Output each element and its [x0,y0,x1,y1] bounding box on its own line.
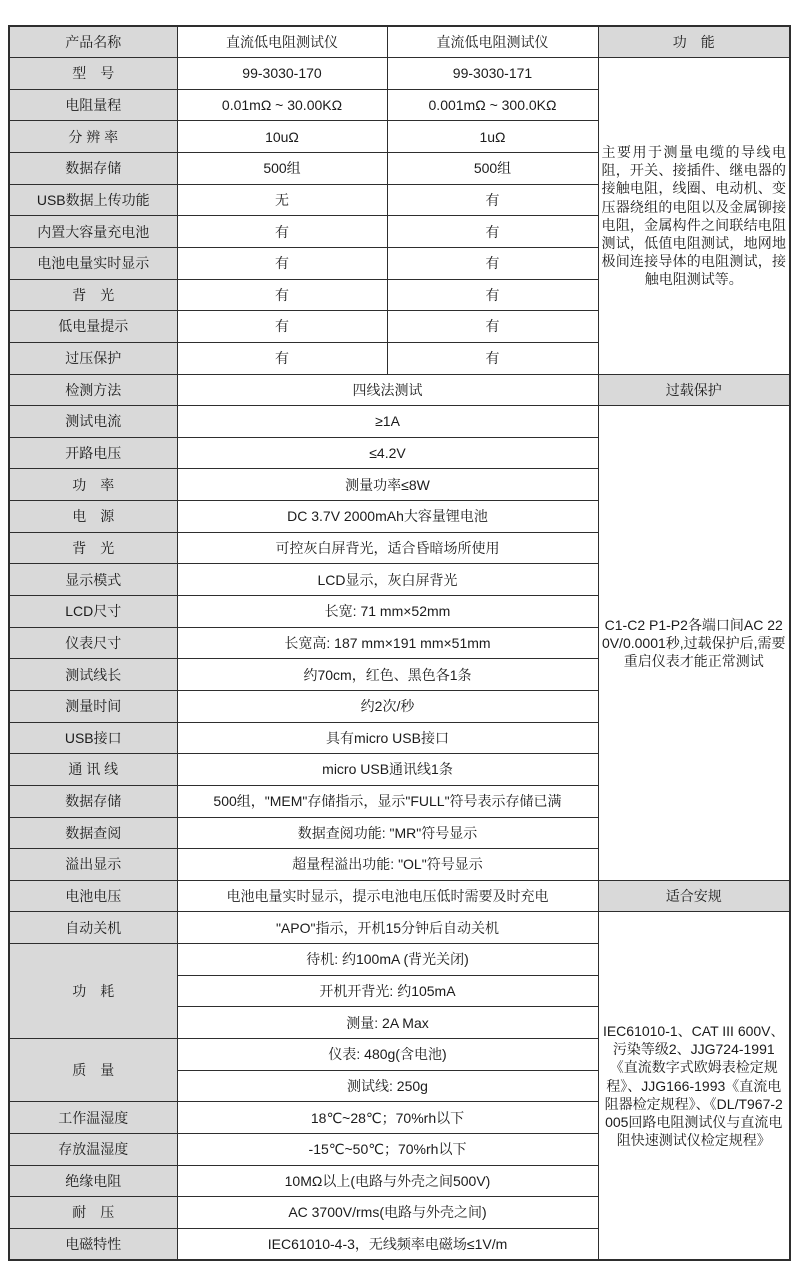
spec-label-overflow-display: 溢出显示 [9,849,177,881]
spec-value: 待机: 约100mA (背光关闭) [177,944,598,976]
spec-value-model2: 有 [387,184,598,216]
table-row: 型 号 99-3030-170 99-3030-171 主要用于测量电缆的导线电… [9,58,790,90]
spec-value-model2: 99-3030-171 [387,58,598,90]
spec-value: 可控灰白屏背光，适合昏暗场所使用 [177,532,598,564]
spec-value: 仪表: 480g(含电池) [177,1039,598,1071]
spec-label-builtin-battery: 内置大容量充电池 [9,216,177,248]
spec-value: 电池电量实时显示，提示电池电压低时需要及时充电 [177,880,598,912]
spec-value: ≤4.2V [177,437,598,469]
function-description: 主要用于测量电缆的导线电阻，开关、接插件、继电器的接触电阻，线圈、电动机、变压器… [598,58,790,374]
section-header-function: 功 能 [598,26,790,58]
spec-value-model2: 有 [387,311,598,343]
spec-label-test-current: 测试电流 [9,406,177,438]
spec-value: 开机开背光: 约105mA [177,975,598,1007]
table-row: 产品名称 直流低电阻测试仪 直流低电阻测试仪 功 能 [9,26,790,58]
section-header-safety: 适合安规 [598,880,790,912]
spec-value: LCD显示，灰白屏背光 [177,564,598,596]
spec-value-model2: 有 [387,247,598,279]
spec-value: DC 3.7V 2000mAh大容量锂电池 [177,501,598,533]
spec-value-model2: 0.001mΩ ~ 300.0KΩ [387,89,598,121]
spec-label-operating-temp: 工作温湿度 [9,1102,177,1134]
spec-label-usb-upload: USB数据上传功能 [9,184,177,216]
spec-label-open-circuit-voltage: 开路电压 [9,437,177,469]
spec-sheet-page: 产品名称 直流低电阻测试仪 直流低电阻测试仪 功 能 型 号 99-3030-1… [0,0,800,1261]
spec-value: 测试线: 250g [177,1070,598,1102]
spec-value: 500组，"MEM"存储指示，显示"FULL"符号表示存储已满 [177,785,598,817]
spec-value: IEC61010-4-3，无线频率电磁场≤1V/m [177,1228,598,1260]
table-row: 测试电流 ≥1A C1-C2 P1-P2各端口间AC 220V/0.0001秒,… [9,406,790,438]
spec-value: 长宽高: 187 mm×191 mm×51mm [177,627,598,659]
spec-value: 约2次/秒 [177,690,598,722]
spec-value-model2: 1uΩ [387,121,598,153]
spec-table: 产品名称 直流低电阻测试仪 直流低电阻测试仪 功 能 型 号 99-3030-1… [8,25,791,1261]
spec-label-battery-display: 电池电量实时显示 [9,247,177,279]
spec-value-model1: 有 [177,216,387,248]
table-row: 检测方法 四线法测试 过载保护 [9,374,790,406]
safety-description: IEC61010-1、CAT III 600V、污染等级2、JJG724-199… [598,912,790,1260]
spec-value-model2: 有 [387,216,598,248]
spec-label-backlight: 背 光 [9,279,177,311]
spec-value: 测量功率≤8W [177,469,598,501]
spec-label-power: 功 率 [9,469,177,501]
table-row: 电池电压 电池电量实时显示，提示电池电压低时需要及时充电 适合安规 [9,880,790,912]
section-header-overload: 过载保护 [598,374,790,406]
spec-label-weight: 质 量 [9,1039,177,1102]
spec-label-backlight2: 背 光 [9,532,177,564]
spec-label-auto-poweroff: 自动关机 [9,912,177,944]
spec-value-model2: 直流低电阻测试仪 [387,26,598,58]
spec-value: ≥1A [177,406,598,438]
spec-value-model2: 500组 [387,153,598,185]
spec-label-model: 型 号 [9,58,177,90]
spec-label-test-method: 检测方法 [9,374,177,406]
spec-value: -15℃~50℃；70%rh以下 [177,1133,598,1165]
spec-value-model1: 0.01mΩ ~ 30.00KΩ [177,89,387,121]
spec-value: 约70cm，红色、黑色各1条 [177,659,598,691]
spec-label-storage-temp: 存放温湿度 [9,1133,177,1165]
spec-label-data-storage: 数据存储 [9,153,177,185]
spec-label-product-name: 产品名称 [9,26,177,58]
spec-value-model1: 有 [177,279,387,311]
spec-label-data-storage2: 数据存储 [9,785,177,817]
spec-value: AC 3700V/rms(电路与外壳之间) [177,1197,598,1229]
spec-label-measure-time: 测量时间 [9,690,177,722]
spec-label-resolution: 分 辨 率 [9,121,177,153]
spec-label-usb-port: USB接口 [9,722,177,754]
spec-value: 18℃~28℃；70%rh以下 [177,1102,598,1134]
spec-label-battery-voltage: 电池电压 [9,880,177,912]
spec-label-test-lead-length: 测试线长 [9,659,177,691]
spec-label-insulation-resistance: 绝缘电阻 [9,1165,177,1197]
spec-value: 具有micro USB接口 [177,722,598,754]
spec-value: 长宽: 71 mm×52mm [177,596,598,628]
spec-value-model2: 有 [387,342,598,374]
spec-value: 测量: 2A Max [177,1007,598,1039]
spec-value: 超量程溢出功能: "OL"符号显示 [177,849,598,881]
spec-label-power-source: 电 源 [9,501,177,533]
spec-value: 四线法测试 [177,374,598,406]
spec-label-withstand-voltage: 耐 压 [9,1197,177,1229]
table-row: 自动关机 "APO"指示，开机15分钟后自动关机 IEC61010-1、CAT … [9,912,790,944]
spec-value: micro USB通讯线1条 [177,754,598,786]
spec-value-model2: 有 [387,279,598,311]
spec-value: 10MΩ以上(电路与外壳之间500V) [177,1165,598,1197]
spec-label-data-recall: 数据查阅 [9,817,177,849]
spec-label-low-battery-alert: 低电量提示 [9,311,177,343]
spec-value-model1: 有 [177,342,387,374]
spec-value: "APO"指示，开机15分钟后自动关机 [177,912,598,944]
spec-value-model1: 500组 [177,153,387,185]
spec-label-emc: 电磁特性 [9,1228,177,1260]
spec-value-model1: 直流低电阻测试仪 [177,26,387,58]
spec-value-model1: 有 [177,311,387,343]
spec-value: 数据查阅功能: "MR"符号显示 [177,817,598,849]
spec-label-comm-cable: 通 讯 线 [9,754,177,786]
spec-label-lcd-size: LCD尺寸 [9,596,177,628]
spec-label-consumption: 功 耗 [9,944,177,1039]
spec-label-resistance-range: 电阻量程 [9,89,177,121]
spec-value-model1: 有 [177,247,387,279]
overload-description: C1-C2 P1-P2各端口间AC 220V/0.0001秒,过载保护后,需要重… [598,406,790,881]
spec-value-model1: 10uΩ [177,121,387,153]
spec-value-model1: 99-3030-170 [177,58,387,90]
spec-label-overvoltage-protection: 过压保护 [9,342,177,374]
spec-label-meter-size: 仪表尺寸 [9,627,177,659]
spec-label-display-mode: 显示模式 [9,564,177,596]
spec-value-model1: 无 [177,184,387,216]
